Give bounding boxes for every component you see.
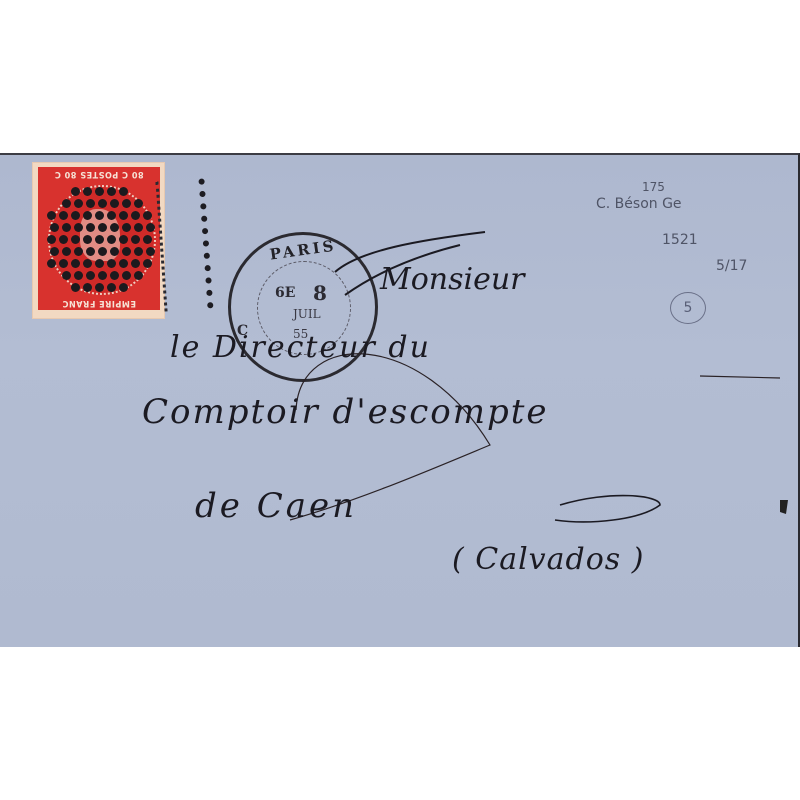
address-line-1: Monsieur [380,262,525,297]
address-line-2: le Directeur du [170,330,431,365]
pencil-note-price: 175 [642,180,665,194]
postmark-hour: 6E [275,285,295,301]
postmark-day: 8 [313,281,327,305]
pencil-circled-number: 5 [670,292,706,324]
dot-cancellation [33,163,164,318]
address-line-3: Comptoir d'escompte [142,392,549,432]
pencil-note-fraction: 5/17 [716,258,747,274]
address-line-5: ( Calvados ) [452,542,644,577]
pencil-note-number: 1521 [662,232,698,248]
postmark-month: JUIL [293,307,321,321]
pencil-note-reference: C. Béson Ge [596,196,682,212]
boxed-cancellation-mark [156,178,214,311]
address-line-4: de Caen [195,486,357,526]
postage-stamp: 80 C POSTES 80 C EMPIRE FRANC [33,163,164,318]
